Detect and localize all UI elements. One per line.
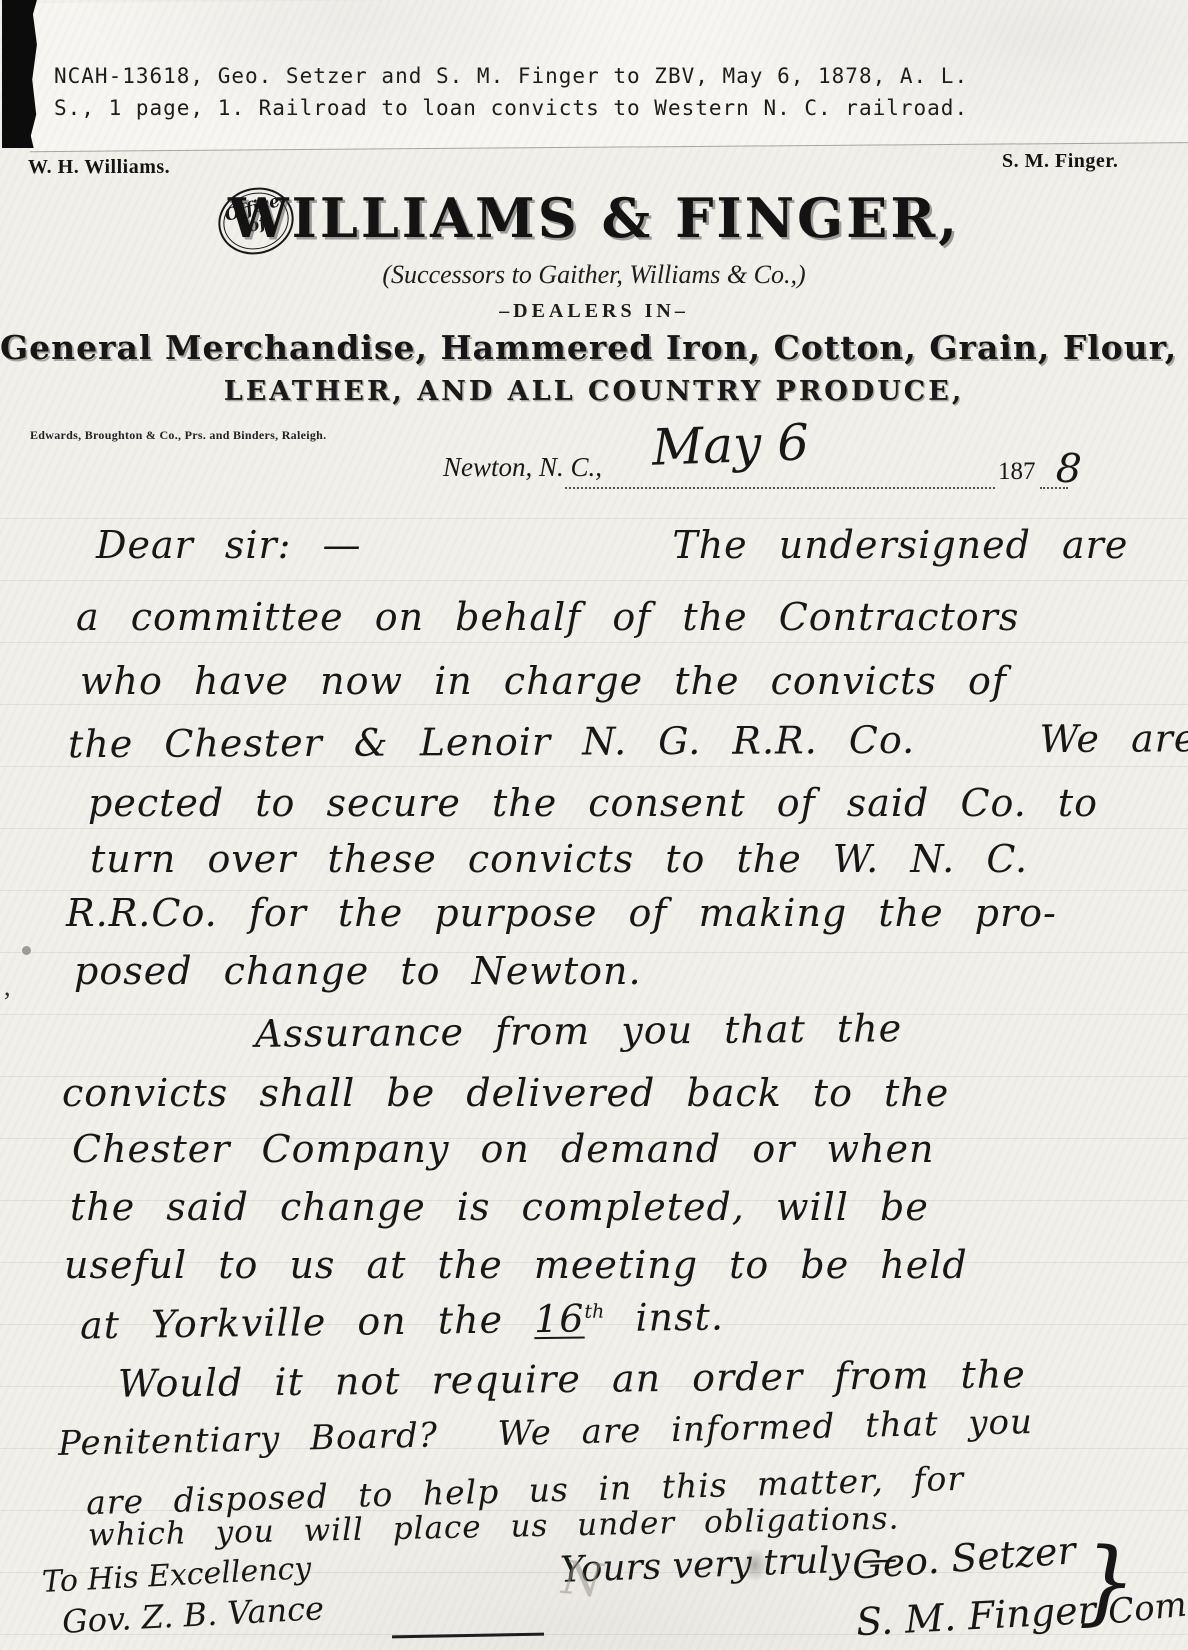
ink-smudge — [742, 1548, 768, 1582]
signature-underline — [392, 1633, 544, 1639]
superscript-th: th — [584, 1301, 604, 1323]
letter-line-2: a committee on behalf of the Contractors — [76, 598, 1019, 636]
letter-line-14-post: inst. — [604, 1295, 724, 1341]
successors-line: (Successors to Gaither, Williams & Co.,) — [0, 260, 1188, 290]
letter-line-13: useful to us at the meeting to be held — [64, 1246, 968, 1284]
letter-line-5: pected to secure the consent of said Co.… — [88, 784, 1098, 822]
letter-line-11: Chester Company on demand or when — [72, 1130, 934, 1168]
scanned-letter-page: NCAH-13618, Geo. Setzer and S. M. Finger… — [0, 0, 1188, 1650]
ink-speck-dot — [22, 946, 31, 955]
ink-speck-comma: , — [4, 972, 11, 1002]
goods-line-1: General Merchandise, Hammered Iron, Cott… — [0, 328, 1188, 367]
letter-line-8: posed change to Newton. — [74, 952, 642, 990]
archival-note-line-1: NCAH-13618, Geo. Setzer and S. M. Finger… — [54, 64, 968, 88]
goods-line-2: LEATHER, AND ALL COUNTRY PRODUCE, — [0, 376, 1188, 407]
partner-name-right: S. M. Finger. — [1002, 150, 1118, 173]
scan-artifact-bar — [2, 0, 38, 148]
valediction: Yours very truly — — [559, 1538, 898, 1591]
pencil-mark: N — [559, 1550, 605, 1608]
printed-year: 187 — [998, 458, 1036, 486]
committee-abbreviation: Com. — [1106, 1583, 1188, 1632]
signature-geo-setzer: Geo. Setzer — [851, 1528, 1077, 1587]
handwritten-year-digit: 8 — [1055, 445, 1083, 492]
archival-note-line-2: S., 1 page, 1. Railroad to loan convicts… — [54, 96, 968, 120]
letter-line-3: who have now in charge the convicts of — [80, 662, 1007, 700]
letter-line-1: Dear sir: — The undersigned are — [96, 526, 1128, 564]
letter-line-14: at Yorkville on the 16th inst. — [80, 1298, 724, 1345]
letter-line-4: the Chester & Lenoir N. G. R.R. Co. We a… — [68, 719, 1188, 763]
dateline-place: Newton, N. C., — [443, 452, 602, 483]
letter-line-16: Penitentiary Board? We are informed that… — [58, 1405, 1034, 1461]
handwritten-date: May 6 — [651, 413, 810, 476]
letter-line-14-pre: at Yorkville on the — [80, 1297, 535, 1347]
signature-s-m-finger: S. M. Finger — [855, 1588, 1097, 1644]
dealers-in-line: –DEALERS IN– — [0, 300, 1188, 323]
letter-line-7: R.R.Co. for the purpose of making the pr… — [66, 894, 1057, 932]
letter-line-15: Would it not require an order from the — [118, 1355, 1026, 1403]
partner-name-left: W. H. Williams. — [28, 156, 170, 179]
company-name: WILLIAMS & FINGER, — [0, 186, 1188, 250]
letter-line-6: turn over these convicts to the W. N. C. — [90, 840, 1028, 878]
date-dotted-line — [565, 487, 995, 489]
underlined-16: 16 — [534, 1296, 585, 1341]
letter-line-9: Assurance from you that the — [255, 1009, 902, 1053]
printer-credit: Edwards, Broughton & Co., Prs. and Binde… — [30, 428, 326, 443]
letter-line-12: the said change is completed, will be — [70, 1188, 929, 1226]
letter-line-10: convicts shall be delivered back to the — [62, 1074, 949, 1112]
